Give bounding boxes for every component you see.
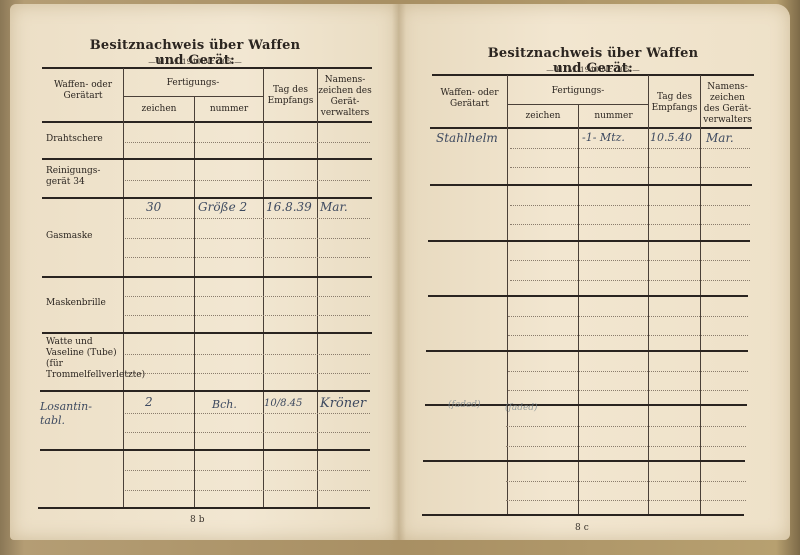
stahlhelm-item: Stahlhelm [436, 131, 498, 145]
right-row-rule [423, 460, 745, 462]
gasmaske-tag: 16.8.39 [266, 200, 312, 214]
left-dotted-line [125, 257, 370, 258]
left-row-item-label: Reinigungs- gerät 34 [46, 166, 122, 188]
left-header-bottom-rule [42, 121, 372, 123]
left-row-rule [42, 158, 372, 160]
right-row-rule [428, 240, 750, 242]
left-page-subtitle: — H. M. 1940 Nr. 205 — [130, 57, 260, 66]
left-row-rule [38, 507, 370, 509]
right-header-zeichen: zeichen [508, 111, 578, 122]
losantin-namens: Kröner [320, 396, 366, 411]
right-header-nummer: nummer [579, 111, 648, 122]
left-dotted-line [125, 432, 370, 433]
left-header-namens: Namens- zeichen des Gerät- verwalters [318, 75, 372, 119]
gasmaske-namens: Mar. [320, 200, 348, 214]
gasmaske-nummer: Größe 2 [198, 200, 247, 214]
right-header-item: Waffen- oder Gerätart [432, 88, 507, 110]
right-page-subtitle: — H. M. 1940 Nr. 205 — [528, 65, 658, 74]
left-dotted-line [125, 490, 370, 491]
left-row-rule [42, 332, 372, 334]
left-row-item-label: Maskenbrille [46, 298, 122, 309]
right-row-rule [428, 295, 748, 297]
right-header-fertigung: Fertigungs- [508, 86, 648, 97]
gasmaske-zeichen: 30 [146, 200, 161, 214]
left-dotted-line [125, 142, 370, 143]
right-row-rule [422, 514, 744, 516]
left-header-fertigung: Fertigungs- [124, 78, 262, 89]
left-header-item: Waffen- oder Gerätart [44, 80, 122, 102]
right-dotted-line [510, 260, 750, 261]
left-col-divider-3 [263, 68, 264, 508]
right-row-rule [426, 350, 748, 352]
left-dotted-line [125, 373, 370, 374]
right-page-number: 8c [575, 523, 592, 533]
left-dotted-line [125, 315, 370, 316]
right-dotted-line [506, 481, 746, 482]
left-row-rule [42, 276, 372, 278]
left-header-nummer: nummer [195, 104, 263, 115]
left-dotted-line [125, 470, 370, 471]
right-dotted-line [510, 167, 750, 168]
left-header-zeichen: zeichen [124, 104, 194, 115]
left-row-item-label: Drahtschere [46, 134, 122, 145]
left-row-item-label: Gasmaske [46, 231, 122, 242]
left-row-rule [40, 390, 370, 392]
right-dotted-line [508, 316, 748, 317]
left-table-top-rule [42, 67, 372, 69]
book-gutter [392, 4, 406, 540]
left-row-rule [40, 449, 370, 451]
left-col-divider-4 [317, 68, 318, 508]
stahlhelm-tag: 10.5.40 [650, 131, 692, 144]
right-dotted-line [506, 500, 746, 501]
left-dotted-line [125, 296, 370, 297]
right-dotted-line [510, 280, 750, 281]
right-dotted-line [510, 148, 750, 149]
right-row-rule [430, 184, 752, 186]
right-header-tag: Tag des Empfangs [649, 92, 700, 114]
right-header-namens: Namens- zeichen des Gerät- verwalters [701, 82, 754, 126]
faded-zeichen: (faded) [505, 403, 538, 413]
left-row-item-label: Watte und Vaseline (Tube) (für Trommelfe… [46, 337, 122, 381]
right-dotted-line [510, 205, 750, 206]
left-header-divider [123, 96, 263, 97]
faded-item: (faded) [448, 400, 481, 410]
stahlhelm-namens: Mar. [706, 131, 734, 145]
stahlhelm-nummer: -1- Mtz. [582, 131, 625, 144]
right-dotted-line [508, 335, 748, 336]
left-dotted-line [125, 238, 370, 239]
left-dotted-line [125, 218, 370, 219]
losantin-tag: 10/8.45 [264, 398, 302, 409]
right-col-divider-2 [578, 104, 579, 514]
left-dotted-line [125, 180, 370, 181]
right-dotted-line [508, 371, 748, 372]
losantin-item: Losantin- tabl. [40, 400, 120, 428]
left-row-rule [42, 197, 372, 199]
right-dotted-line [506, 426, 746, 427]
right-dotted-line [508, 390, 748, 391]
losantin-zeichen: 2 [145, 395, 153, 409]
left-col-divider-1 [123, 68, 124, 508]
left-dotted-line [125, 413, 370, 414]
right-header-bottom-rule [430, 127, 752, 129]
left-page-number: 8b [190, 515, 208, 525]
losantin-nummer: Bch. [212, 398, 237, 411]
right-table-top-rule [432, 74, 754, 76]
right-dotted-line [506, 446, 746, 447]
left-dotted-line [125, 354, 370, 355]
left-header-tag: Tag des Empfangs [264, 85, 317, 107]
right-dotted-line [510, 224, 750, 225]
